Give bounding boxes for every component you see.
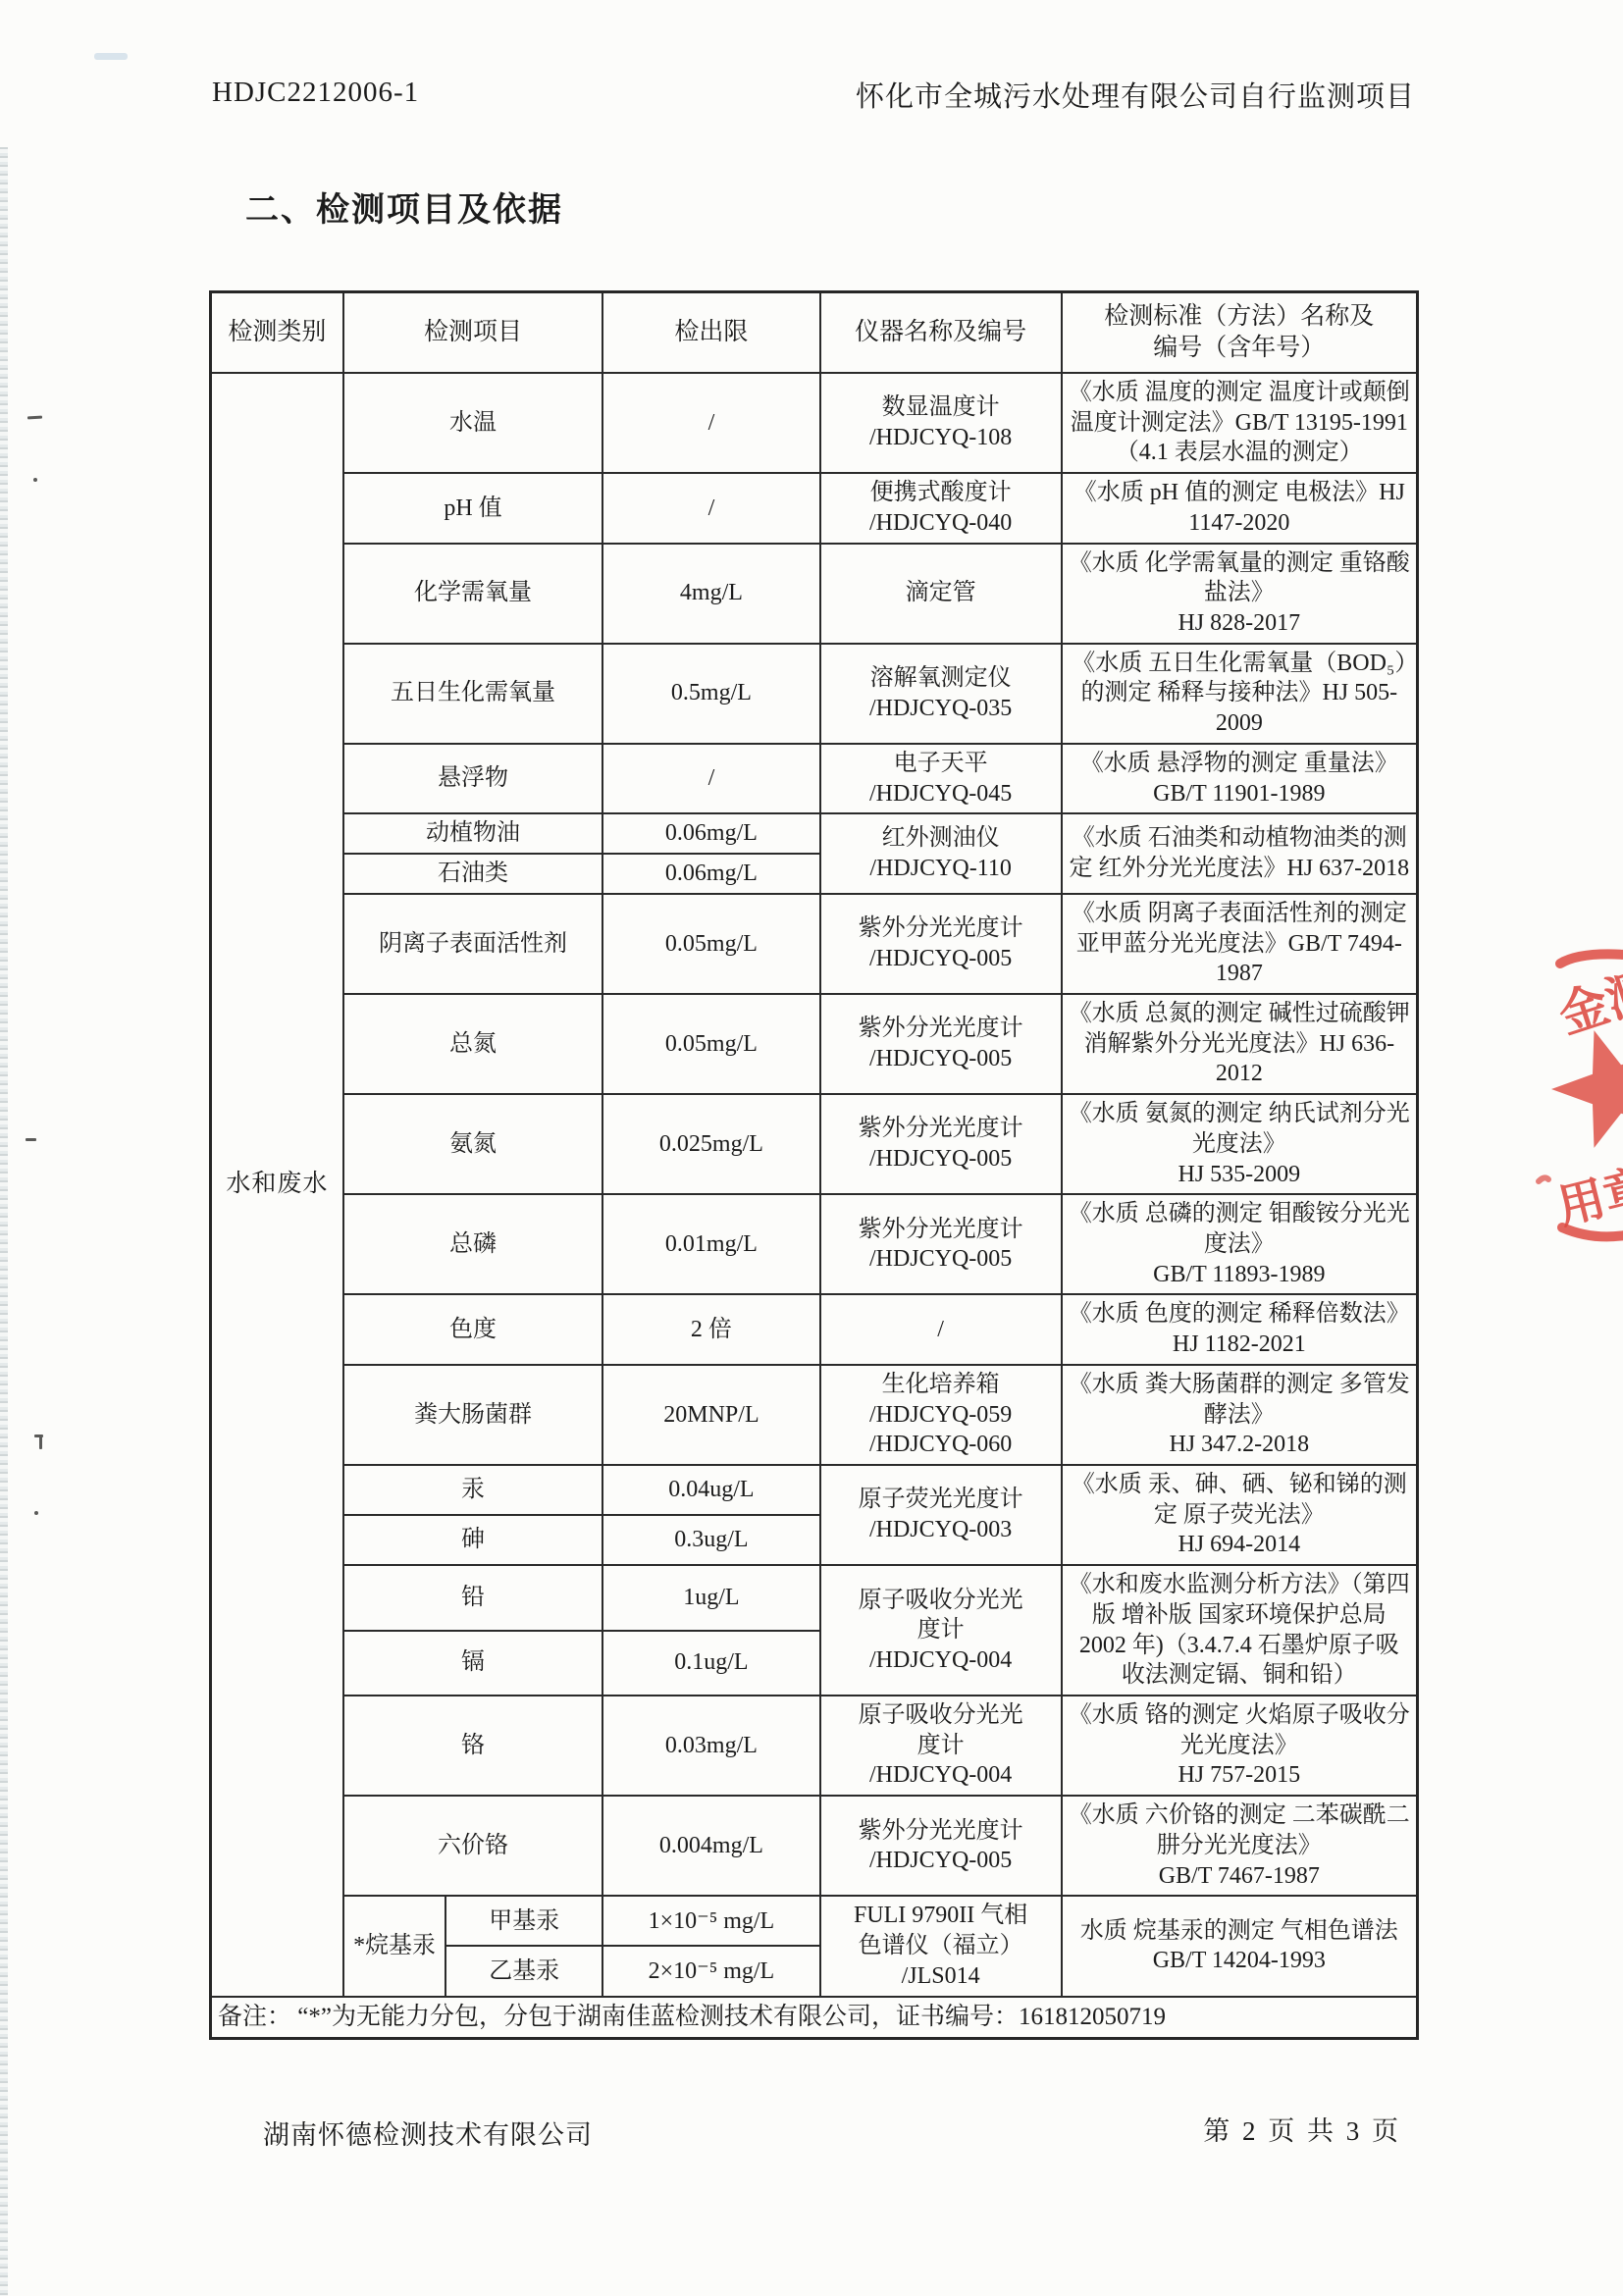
cell-item: 动植物油	[343, 813, 602, 854]
cell-item: 甲基汞	[445, 1896, 602, 1946]
cell-instrument: 原子吸收分光光 度计 /HDJCYQ-004	[820, 1696, 1062, 1796]
cell-standard: 《水质 色度的测定 稀释倍数法》HJ 1182-2021	[1062, 1294, 1418, 1364]
table-row: 阴离子表面活性剂 0.05mg/L 紫外分光光度计 /HDJCYQ-005 《水…	[211, 894, 1418, 994]
cell-standard: 《水质 五日生化需氧量（BOD₅）的测定 稀释与接种法》HJ 505-2009	[1062, 644, 1418, 744]
cell-limit: 4mg/L	[602, 544, 819, 644]
seal-partial-character	[1539, 1177, 1548, 1181]
scan-artifact	[34, 1435, 43, 1437]
cell-category: 水和废水	[211, 373, 343, 1997]
cell-standard: 《水质 六价铬的测定 二苯碳酰二肼分光光度法》 GB/T 7467-1987	[1062, 1796, 1418, 1896]
table-row: 氨氮 0.025mg/L 紫外分光光度计 /HDJCYQ-005 《水质 氨氮的…	[211, 1094, 1418, 1194]
cell-instrument: 原子荧光光度计 /HDJCYQ-003	[820, 1465, 1062, 1565]
table-row: *烷基汞 甲基汞 1×10⁻⁵ mg/L FULI 9790II 气相 色谱仪（…	[211, 1896, 1418, 1946]
cell-standard: 《水质 阴离子表面活性剂的测定 亚甲蓝分光光度法》GB/T 7494-1987	[1062, 894, 1418, 994]
cell-limit: 0.06mg/L	[602, 854, 819, 894]
scan-edge-artifact	[0, 147, 8, 2296]
header-limit: 检出限	[602, 292, 819, 374]
table-row: 粪大肠菌群 20MNP/L 生化培养箱 /HDJCYQ-059 /HDJCYQ-…	[211, 1365, 1418, 1465]
table-row: 动植物油 0.06mg/L 红外测油仪 /HDJCYQ-110 《水质 石油类和…	[211, 813, 1418, 854]
cell-instrument: FULI 9790II 气相 色谱仪（福立） /JLS014	[820, 1896, 1062, 1996]
cell-standard: 《水质 氨氮的测定 纳氏试剂分光光度法》 HJ 535-2009	[1062, 1094, 1418, 1194]
cell-limit: /	[602, 744, 819, 813]
table-row: 总磷 0.01mg/L 紫外分光光度计 /HDJCYQ-005 《水质 总磷的测…	[211, 1194, 1418, 1294]
cell-limit: /	[602, 473, 819, 543]
table-row: 六价铬 0.004mg/L 紫外分光光度计 /HDJCYQ-005 《水质 六价…	[211, 1796, 1418, 1896]
cell-instrument: 便携式酸度计 /HDJCYQ-040	[820, 473, 1062, 543]
cell-item: 汞	[343, 1465, 602, 1515]
cell-item: 总氮	[343, 994, 602, 1094]
cell-limit: 0.1ug/L	[602, 1631, 819, 1696]
cell-standard: 《水质 汞、砷、硒、铋和锑的测定 原子荧光法》 HJ 694-2014	[1062, 1465, 1418, 1565]
cell-limit: 0.05mg/L	[602, 894, 819, 994]
seal-bottom-text: 用章	[1552, 1160, 1623, 1234]
cell-standard: 《水质 总磷的测定 钼酸铵分光光度法》 GB/T 11893-1989	[1062, 1194, 1418, 1294]
cell-instrument: 生化培养箱 /HDJCYQ-059 /HDJCYQ-060	[820, 1365, 1062, 1465]
cell-standard: 《水质 温度的测定 温度计或颠倒温度计测定法》GB/T 13195-1991（4…	[1062, 373, 1418, 473]
scan-artifact	[33, 478, 37, 482]
cell-instrument: 紫外分光光度计 /HDJCYQ-005	[820, 1796, 1062, 1896]
cell-standard: 《水质 石油类和动植物油类的测定 红外分光光度法》HJ 637-2018	[1062, 813, 1418, 893]
seal-top-text: 金测	[1552, 961, 1623, 1043]
cell-limit: 0.03mg/L	[602, 1696, 819, 1796]
cell-item: 粪大肠菌群	[343, 1365, 602, 1465]
table-row: 铬 0.03mg/L 原子吸收分光光 度计 /HDJCYQ-004 《水质 铬的…	[211, 1696, 1418, 1796]
cell-limit: 2 倍	[602, 1294, 819, 1364]
cell-instrument: 紫外分光光度计 /HDJCYQ-005	[820, 994, 1062, 1094]
cell-standard: 水质 烷基汞的测定 气相色谱法 GB/T 14204-1993	[1062, 1896, 1418, 1996]
cell-standard: 《水和废水监测分析方法》（第四版 增补版 国家环境保护总局 2002 年)（3.…	[1062, 1565, 1418, 1696]
cell-instrument: 滴定管	[820, 544, 1062, 644]
remark-row: 备注： “*”为无能力分包，分包于湖南佳蓝检测技术有限公司，证书编号：16181…	[211, 1997, 1418, 2039]
cell-limit: 1×10⁻⁵ mg/L	[602, 1896, 819, 1946]
table-row: 悬浮物 / 电子天平 /HDJCYQ-045 《水质 悬浮物的测定 重量法》GB…	[211, 744, 1418, 813]
cell-item: 砷	[343, 1515, 602, 1565]
seal-star-icon	[1551, 1030, 1623, 1148]
table-row: 色度 2 倍 / 《水质 色度的测定 稀释倍数法》HJ 1182-2021	[211, 1294, 1418, 1364]
table-row: pH 值 / 便携式酸度计 /HDJCYQ-040 《水质 pH 值的测定 电极…	[211, 473, 1418, 543]
cell-item: 乙基汞	[445, 1946, 602, 1996]
table-row: 汞 0.04ug/L 原子荧光光度计 /HDJCYQ-003 《水质 汞、砷、硒…	[211, 1465, 1418, 1515]
cell-limit: 20MNP/L	[602, 1365, 819, 1465]
cell-instrument: 溶解氧测定仪 /HDJCYQ-035	[820, 644, 1062, 744]
cell-limit: 0.025mg/L	[602, 1094, 819, 1194]
cell-instrument: 紫外分光光度计 /HDJCYQ-005	[820, 1194, 1062, 1294]
cell-limit: /	[602, 373, 819, 473]
cell-limit: 2×10⁻⁵ mg/L	[602, 1946, 819, 1996]
cell-instrument: 数显温度计 /HDJCYQ-108	[820, 373, 1062, 473]
table-row: 化学需氧量 4mg/L 滴定管 《水质 化学需氧量的测定 重铬酸盐法》 HJ 8…	[211, 544, 1418, 644]
cell-item: pH 值	[343, 473, 602, 543]
scan-artifact	[34, 1511, 38, 1515]
cell-item: 铅	[343, 1565, 602, 1630]
scan-artifact	[27, 416, 42, 420]
cell-limit: 1ug/L	[602, 1565, 819, 1630]
cell-item: 五日生化需氧量	[343, 644, 602, 744]
cell-standard: 《水质 粪大肠菌群的测定 多管发酵法》 HJ 347.2-2018	[1062, 1365, 1418, 1465]
cell-limit: 0.06mg/L	[602, 813, 819, 854]
table-row: 五日生化需氧量 0.5mg/L 溶解氧测定仪 /HDJCYQ-035 《水质 五…	[211, 644, 1418, 744]
report-number: HDJC2212006-1	[212, 77, 419, 109]
cell-item: 六价铬	[343, 1796, 602, 1896]
cell-standard: 《水质 pH 值的测定 电极法》HJ 1147-2020	[1062, 473, 1418, 543]
cell-limit: 0.05mg/L	[602, 994, 819, 1094]
cell-item: 铬	[343, 1696, 602, 1796]
project-title: 怀化市全城污水处理有限公司自行监测项目	[856, 75, 1415, 115]
cell-standard: 《水质 铬的测定 火焰原子吸收分光光度法》 HJ 757-2015	[1062, 1696, 1418, 1796]
footer-company: 湖南怀德检测技术有限公司	[263, 2113, 593, 2152]
cell-item: 化学需氧量	[343, 544, 602, 644]
cell-item: 阴离子表面活性剂	[343, 894, 602, 994]
cell-instrument: 原子吸收分光光 度计 /HDJCYQ-004	[820, 1565, 1062, 1696]
cell-standard: 《水质 化学需氧量的测定 重铬酸盐法》 HJ 828-2017	[1062, 544, 1418, 644]
cell-item: 氨氮	[343, 1094, 602, 1194]
section-title: 二、检测项目及依据	[245, 183, 563, 231]
scan-artifact	[39, 1436, 42, 1449]
table-row: 总氮 0.05mg/L 紫外分光光度计 /HDJCYQ-005 《水质 总氮的测…	[211, 994, 1418, 1094]
cell-item: 悬浮物	[343, 744, 602, 813]
cell-item: 镉	[343, 1631, 602, 1696]
cell-standard: 《水质 总氮的测定 碱性过硫酸钾消解紫外分光光度法》HJ 636-2012	[1062, 994, 1418, 1094]
cell-instrument: 红外测油仪 /HDJCYQ-110	[820, 813, 1062, 893]
cell-instrument: 紫外分光光度计 /HDJCYQ-005	[820, 894, 1062, 994]
cell-group-label: *烷基汞	[343, 1896, 446, 1996]
scan-artifact	[94, 53, 128, 60]
cell-limit: 0.004mg/L	[602, 1796, 819, 1896]
header-standard: 检测标准（方法）名称及 编号（含年号）	[1062, 292, 1418, 374]
remark-text: 备注： “*”为无能力分包，分包于湖南佳蓝检测技术有限公司，证书编号：16181…	[211, 1997, 1418, 2039]
scan-artifact	[26, 1138, 36, 1141]
table-header-row: 检测类别 检测项目 检出限 仪器名称及编号 检测标准（方法）名称及 编号（含年号…	[211, 292, 1418, 374]
cell-standard: 《水质 悬浮物的测定 重量法》GB/T 11901-1989	[1062, 744, 1418, 813]
header-instrument: 仪器名称及编号	[820, 292, 1062, 374]
cell-limit: 0.04ug/L	[602, 1465, 819, 1515]
cell-item: 色度	[343, 1294, 602, 1364]
cell-item: 石油类	[343, 854, 602, 894]
seal-top-arc	[1560, 954, 1623, 964]
company-seal-stamp: 金测 用章	[1503, 924, 1623, 1258]
cell-limit: 0.3ug/L	[602, 1515, 819, 1565]
cell-limit: 0.01mg/L	[602, 1194, 819, 1294]
document-page: HDJC2212006-1 怀化市全城污水处理有限公司自行监测项目 二、检测项目…	[0, 0, 1623, 2296]
cell-instrument: /	[820, 1294, 1062, 1364]
cell-limit: 0.5mg/L	[602, 644, 819, 744]
table-row: 铅 1ug/L 原子吸收分光光 度计 /HDJCYQ-004 《水和废水监测分析…	[211, 1565, 1418, 1630]
cell-instrument: 电子天平 /HDJCYQ-045	[820, 744, 1062, 813]
cell-item: 水温	[343, 373, 602, 473]
table-row: 水和废水 水温 / 数显温度计 /HDJCYQ-108 《水质 温度的测定 温度…	[211, 373, 1418, 473]
header-item: 检测项目	[343, 292, 602, 374]
test-items-table: 检测类别 检测项目 检出限 仪器名称及编号 检测标准（方法）名称及 编号（含年号…	[209, 290, 1419, 2040]
header-category: 检测类别	[211, 292, 343, 374]
cell-instrument: 紫外分光光度计 /HDJCYQ-005	[820, 1094, 1062, 1194]
footer-page-number: 第 2 页 共 3 页	[1203, 2110, 1401, 2148]
cell-item: 总磷	[343, 1194, 602, 1294]
